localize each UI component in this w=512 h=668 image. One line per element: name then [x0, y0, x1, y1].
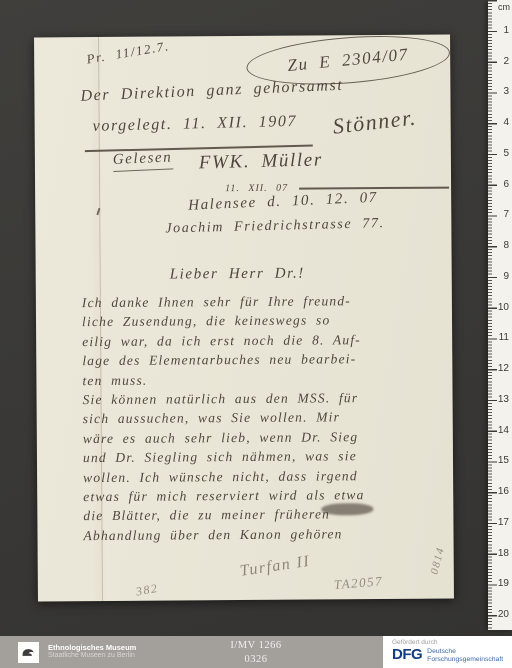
- ruler-number: 14: [498, 425, 509, 436]
- pencil-edge-number: 0814: [428, 546, 447, 576]
- ruler-number: 4: [503, 117, 509, 128]
- letter-sheet: Pr. 11/12.7. Zu E 2304/07 Der Direktion …: [34, 35, 454, 602]
- letter-body-line: lage des Elementarbuches neu bearbei-: [82, 349, 454, 371]
- ruler-number: 6: [503, 179, 509, 190]
- museum-organization: Staatliche Museen zu Berlin: [48, 652, 136, 661]
- letter-body-line: die Blätter, die zu meiner früheren: [83, 504, 455, 526]
- salutation-line: Lieber Herr Dr.!: [170, 266, 305, 284]
- funding-credit: Gefördert durch DFG Deutsche Forschungsg…: [383, 636, 512, 668]
- letter-body-line: wollen. Ich wünsche nicht, dass irgend: [83, 465, 455, 487]
- ruler-number: 19: [498, 578, 509, 589]
- ruler-number: 3: [503, 86, 509, 97]
- read-note-label: Gelesen: [113, 149, 173, 171]
- dfg-org-line1: Deutsche: [427, 648, 456, 655]
- letter-body-line: liche Zusendung, die keineswegs so: [82, 310, 454, 332]
- letter-body-line: etwas für mich reserviert wird als etwa: [83, 485, 455, 507]
- ink-smudge-correction: [321, 503, 373, 515]
- letter-body-line: Sie können natürlich aus den MSS. für: [82, 388, 454, 410]
- dfg-logo-row: DFG Deutsche Forschungsgemeinschaft: [392, 647, 512, 664]
- scan-photo-area: Pr. 11/12.7. Zu E 2304/07 Der Direktion …: [0, 0, 512, 636]
- ruler-unit-label: cm: [498, 2, 510, 12]
- ruler-number: 7: [503, 209, 509, 220]
- dfg-organization-name: Deutsche Forschungsgemeinschaft: [427, 647, 503, 664]
- presentation-note-line2: vorgelegt. 11. XII. 1907: [92, 113, 297, 136]
- ruler-cm-ticks: [488, 0, 497, 630]
- ruler-number: 16: [498, 486, 509, 497]
- letter-body-line: Abhandlung über den Kanon gehören: [83, 523, 455, 545]
- letter-body-line: und Dr. Siegling sich nähmen, was sie: [83, 446, 455, 468]
- inventory-plate: I/MV 1266 0326: [230, 636, 281, 667]
- museum-branding: Ethnologisches Museum Staatliche Museen …: [0, 636, 383, 668]
- ruler-number: 8: [503, 240, 509, 251]
- funding-label: Gefördert durch: [392, 639, 512, 646]
- signature-mueller: FWK. Müller: [199, 149, 323, 174]
- signature-stoenner: Stönner.: [331, 104, 418, 139]
- measurement-ruler: cm 1234567891011121314151617181920: [488, 0, 512, 630]
- ruler-number: 9: [503, 271, 509, 282]
- ruler-number: 1: [503, 25, 509, 36]
- smb-museum-logo-icon: [18, 642, 39, 663]
- ruler-number: 15: [498, 455, 509, 466]
- dfg-org-line2: Forschungsgemeinschaft: [427, 656, 503, 663]
- scan-page-number: 0326: [230, 653, 281, 667]
- ruler-number: 10: [498, 302, 509, 313]
- letter-body: Ich danke Ihnen sehr für Ihre freund-lic…: [82, 291, 456, 546]
- ruler-number: 2: [503, 56, 509, 67]
- letter-body-line: eilig war, da ich erst noch die 8. Auf-: [82, 329, 454, 351]
- ruler-number: 17: [498, 517, 509, 528]
- eagle-glyph-icon: [20, 644, 37, 661]
- ruler-number: 18: [498, 548, 509, 559]
- letter-body-line: Ich danke Ihnen sehr für Ihre freund-: [82, 291, 454, 313]
- ruler-number: 11: [499, 332, 509, 343]
- ruler-number: 12: [498, 363, 509, 374]
- presentation-note-line1: Der Direktion ganz gehorsamst: [80, 77, 344, 106]
- ruler-number: 20: [498, 609, 509, 620]
- letter-body-line: sich aussuchen, was Sie wollen. Mir: [83, 407, 455, 429]
- letter-body-line: ten muss.: [82, 368, 454, 390]
- pencil-collection-mark: Turfan II: [239, 553, 312, 581]
- museum-name: Ethnologisches Museum: [48, 643, 136, 652]
- ruler-number: 13: [498, 394, 509, 405]
- margin-ink-mark: [96, 208, 106, 217]
- pencil-inventory-mark: TA2057: [333, 573, 383, 593]
- registry-mark: Zu E 2304/07: [287, 45, 410, 76]
- document-scan-page: Pr. 11/12.7. Zu E 2304/07 Der Direktion …: [0, 0, 512, 668]
- address-line: Joachim Friedrichstrasse 77.: [165, 216, 385, 237]
- place-and-date-line: Halensee d. 10. 12. 07: [188, 190, 378, 215]
- pencil-number: 382: [135, 581, 160, 600]
- letter-body-line: wäre es auch sehr lieb, wenn Dr. Sieg: [83, 426, 455, 448]
- underline: [299, 187, 449, 190]
- dfg-logo: DFG: [392, 647, 422, 662]
- inventory-number: I/MV 1266: [230, 639, 281, 653]
- ruler-number: 5: [503, 148, 509, 159]
- read-note-date: 11. XII. 07: [225, 183, 288, 194]
- museum-name-block: Ethnologisches Museum Staatliche Museen …: [48, 643, 136, 661]
